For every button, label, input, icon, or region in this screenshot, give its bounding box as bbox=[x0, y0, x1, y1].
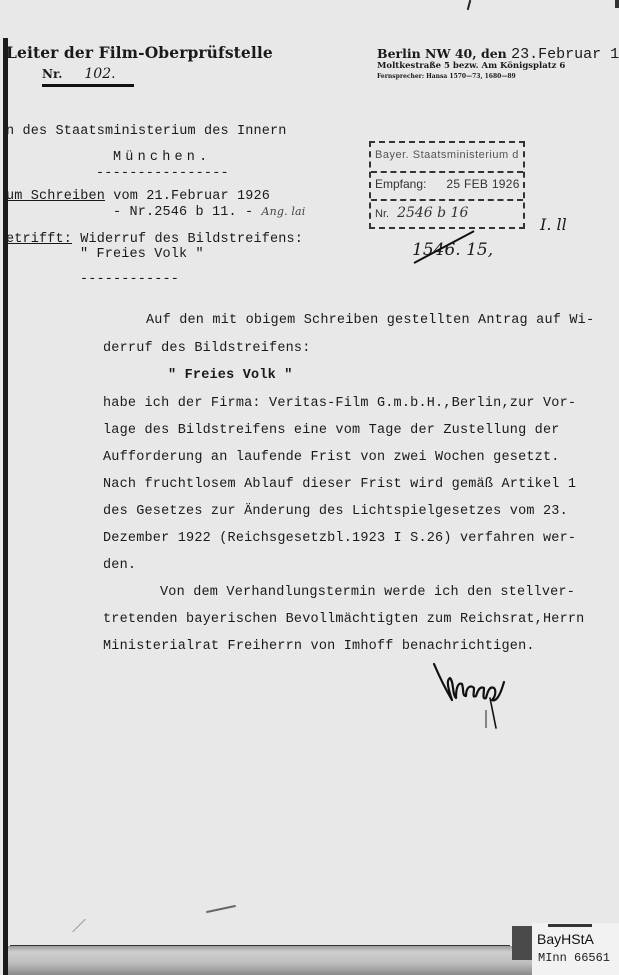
body-line: habe ich der Firma: Veritas-Film G.m.b.H… bbox=[103, 396, 576, 411]
sender-address: Moltkestraße 5 bezw. Am Königsplatz 6 bbox=[377, 61, 565, 71]
nr-underline bbox=[42, 84, 134, 87]
reference-number-line: - Nr.2546 b 11. - Ang. lai bbox=[113, 205, 305, 220]
archive-reference: MInn 66561 bbox=[538, 951, 610, 965]
stamp-received-date: 25 FEB 1926 bbox=[446, 177, 519, 191]
stamp-divider bbox=[371, 171, 523, 173]
body-line: Von dem Verhandlungstermin werde ich den… bbox=[160, 585, 575, 600]
recipient-city: München. bbox=[113, 150, 211, 165]
paper-blemish bbox=[206, 905, 236, 913]
stamp-authority: Bayer. Staatsministerium d. Innern bbox=[375, 149, 519, 161]
archive-institution: BayHStA bbox=[537, 931, 594, 947]
reference-line: um Schreiben vom 21.Februar 1926 bbox=[6, 189, 270, 204]
paper-blemish bbox=[72, 919, 85, 932]
stamp-received-label: Empfang: bbox=[375, 177, 426, 191]
reference-handnote: Ang. lai bbox=[262, 205, 306, 218]
scan-mark bbox=[467, 0, 472, 10]
sender-phone: Fernsprecher: Hansa 1570—73, 1680—89 bbox=[377, 73, 516, 80]
body-line: Nach fruchtlosem Ablauf dieser Frist wir… bbox=[103, 477, 576, 492]
subject-label: etrifft: bbox=[6, 232, 72, 247]
document-page: Leiter der Film-Oberprüfstelle Nr.102. B… bbox=[0, 0, 619, 975]
handwritten-mark: I. ll bbox=[540, 215, 567, 234]
signature-icon bbox=[430, 660, 510, 730]
nr-label: Nr. bbox=[42, 67, 62, 81]
body-line: Auf den mit obigem Schreiben gestellten … bbox=[146, 313, 594, 328]
sender-heading: Leiter der Film-Oberprüfstelle bbox=[6, 43, 273, 62]
body-line: Aufforderung an laufende Frist von zwei … bbox=[103, 450, 560, 465]
nr-value: 102. bbox=[84, 66, 115, 82]
recipient-line: n des Staatsministerium des Innern bbox=[6, 124, 287, 139]
body-line-film-title: " Freies Volk " bbox=[168, 368, 293, 383]
reference-label: um Schreiben bbox=[6, 189, 105, 204]
reference-number: - Nr.2546 b 11. - bbox=[113, 205, 253, 220]
body-line: Dezember 1922 (Reichsgesetzbl.1923 I S.2… bbox=[103, 531, 576, 546]
document-number: Nr.102. bbox=[42, 66, 116, 82]
stamp-number: Nr.2546 b 16 bbox=[375, 205, 519, 221]
binding-edge bbox=[3, 38, 8, 975]
body-line: tretenden bayerischen Bevollmächtigten z… bbox=[103, 612, 584, 627]
body-line: derruf des Bildstreifens: bbox=[103, 341, 311, 356]
receipt-stamp: Bayer. Staatsministerium d. Innern Empfa… bbox=[369, 141, 525, 229]
body-line: des Gesetzes zur Änderung des Lichtspiel… bbox=[103, 504, 568, 519]
body-line: lage des Bildstreifens eine vom Tage der… bbox=[103, 423, 560, 438]
recipient-rule: ---------------- bbox=[96, 166, 229, 181]
stamp-nr-value: 2546 b 16 bbox=[397, 205, 468, 221]
label-shadow bbox=[512, 926, 534, 960]
body-line: den. bbox=[103, 558, 136, 573]
stamp-divider bbox=[371, 199, 523, 201]
reference-text: vom 21.Februar 1926 bbox=[105, 189, 270, 204]
subject-text: Widerruf des Bildstreifens: bbox=[72, 232, 303, 247]
subject-rule: ------------ bbox=[80, 272, 179, 287]
subject-title: " Freies Volk " bbox=[80, 247, 204, 262]
city-prefix: Berlin NW 40, den bbox=[377, 46, 507, 61]
scan-mark bbox=[615, 0, 619, 8]
stamp-received: Empfang:25 FEB 1926 bbox=[375, 177, 519, 191]
body-line: Ministerialrat Freiherrn von Imhoff bena… bbox=[103, 639, 535, 654]
subject-line: etrifft: Widerruf des Bildstreifens: bbox=[6, 232, 303, 247]
label-mark bbox=[548, 924, 592, 927]
stamp-nr-label: Nr. bbox=[375, 208, 389, 220]
